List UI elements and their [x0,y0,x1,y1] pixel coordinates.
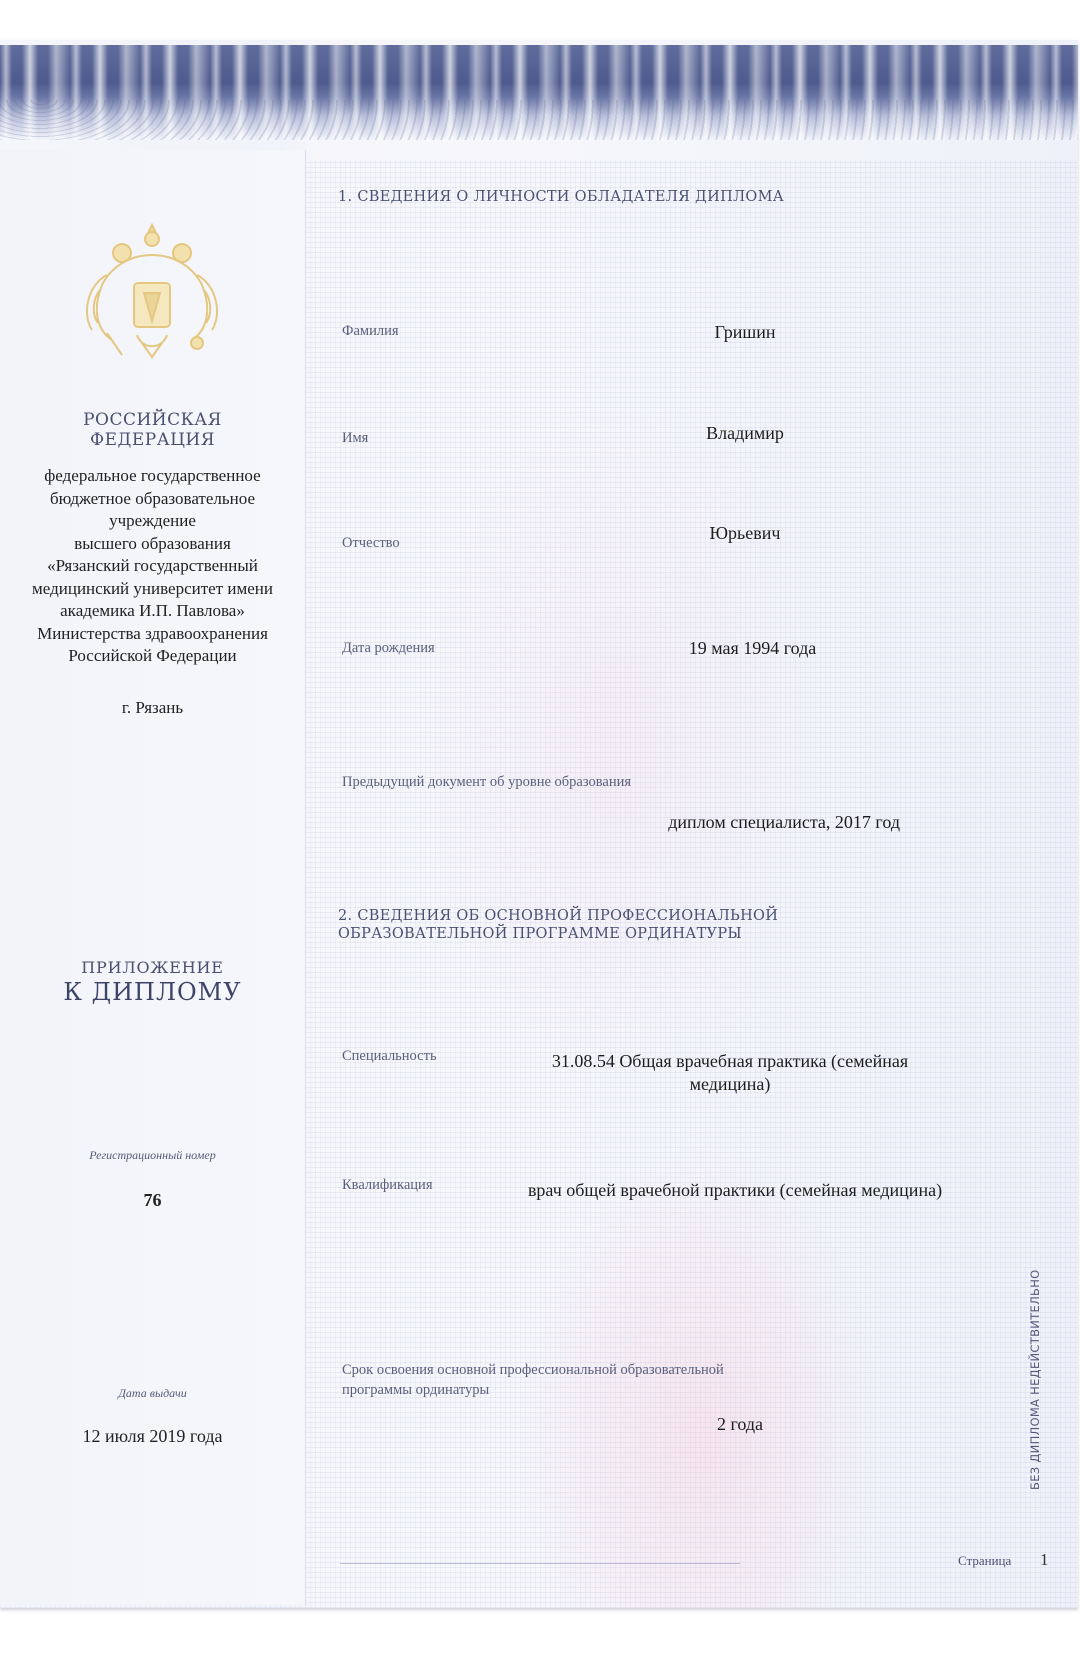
patronymic-label: Отчество [342,535,400,552]
birth-date-label: Дата рождения [342,640,435,657]
surname-label: Фамилия [342,323,399,340]
qualification-label: Квалификация [342,1177,433,1194]
page-number: 1 [1040,1550,1049,1570]
issue-date: 12 июля 2019 года [0,1426,305,1447]
signature-line [340,1563,740,1564]
section2-title: 2. СВЕДЕНИЯ ОБ ОСНОВНОЙ ПРОФЕССИОНАЛЬНОЙ… [338,907,778,943]
appendix-title-line2: К ДИПЛОМУ [0,978,305,1006]
registration-number-label: Регистрационный номер [0,1148,305,1163]
guilloche-security-band [0,45,1078,140]
country-title: РОССИЙСКАЯ ФЕДЕРАЦИЯ [0,410,305,450]
city: г. Рязань [0,698,305,718]
specialty-value: 31.08.54 Общая врачебная практика (семей… [500,1050,960,1096]
qualification-value: врач общей врачебной практики (семейная … [490,1180,980,1201]
registration-number: 76 [0,1190,305,1211]
birth-date-value: 19 мая 1994 года [600,638,905,659]
duration-label: Срок освоения основной профессиональной … [342,1360,724,1400]
previous-document-label: Предыдущий документ об уровне образовани… [342,774,631,791]
surname-value: Гришин [600,322,890,343]
section1-title: 1. СВЕДЕНИЯ О ЛИЧНОСТИ ОБЛАДАТЕЛЯ ДИПЛОМ… [338,188,784,206]
patronymic-value: Юрьевич [600,523,890,544]
issue-date-label: Дата выдачи [0,1386,305,1401]
first-name-value: Владимир [600,423,890,444]
first-name-label: Имя [342,430,368,447]
validity-side-note: БЕЗ ДИПЛОМА НЕДЕЙСТВИТЕЛЬНО [1028,1250,1048,1510]
appendix-title-line1: ПРИЛОЖЕНИЕ [0,958,305,977]
duration-value: 2 года [690,1414,790,1435]
previous-document-value: диплом специалиста, 2017 год [600,812,900,833]
specialty-label: Специальность [342,1048,437,1065]
coat-of-arms-icon [72,215,232,375]
page-label: Страница [958,1553,1011,1569]
institution-name: федеральное государственное бюджетное об… [0,465,305,668]
